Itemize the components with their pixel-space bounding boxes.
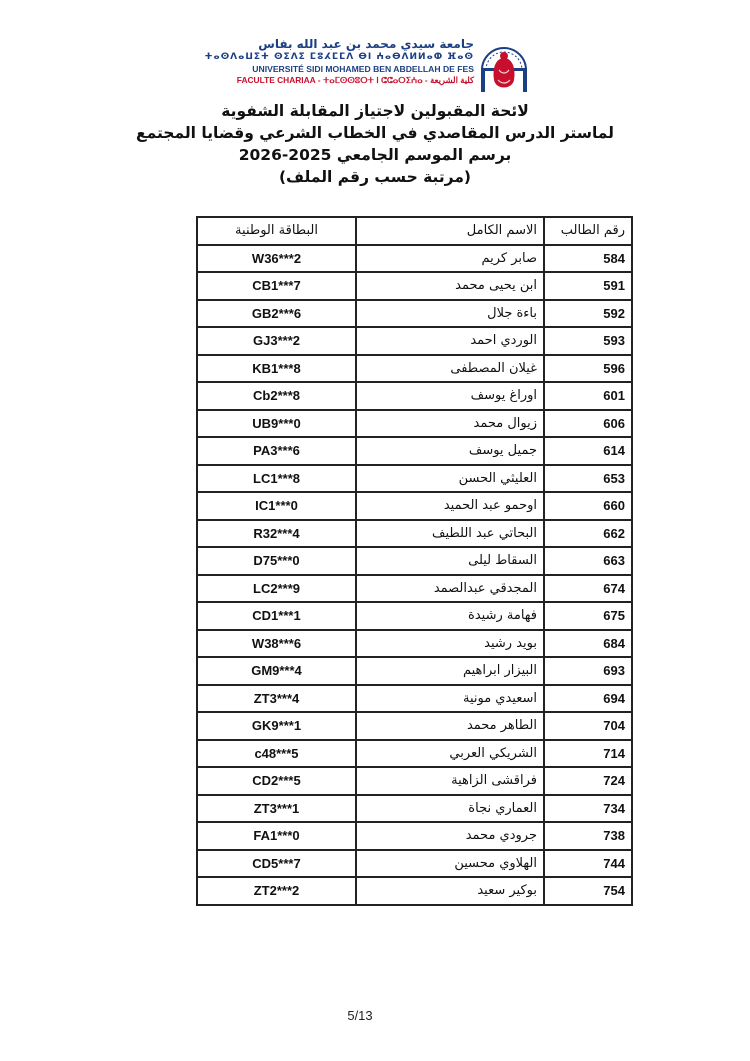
national-id: LC2***9 xyxy=(197,575,356,603)
table-row: 591ابن يحيى محمدCB1***7 xyxy=(197,272,632,300)
table-row: 601اوراغ يوسفCb2***8 xyxy=(197,382,632,410)
table-row: 738جرودي محمدFA1***0 xyxy=(197,822,632,850)
national-id: ZT3***4 xyxy=(197,685,356,713)
title-line-2: لماستر الدرس المقاصدي في الخطاب الشرعي و… xyxy=(0,122,750,144)
university-name-french: UNIVERSITÉ SIDI MOHAMED BEN ABDELLAH DE … xyxy=(205,65,474,74)
table-row: 694اسعيدي مونيةZT3***4 xyxy=(197,685,632,713)
table-row: 593الوردي احمدGJ3***2 xyxy=(197,327,632,355)
national-id: R32***4 xyxy=(197,520,356,548)
national-id: IC1***0 xyxy=(197,492,356,520)
student-name: الطاهر محمد xyxy=(356,712,544,740)
national-id: D75***0 xyxy=(197,547,356,575)
student-number: 693 xyxy=(544,657,632,685)
student-number: 754 xyxy=(544,877,632,905)
student-name: باءة جلال xyxy=(356,300,544,328)
student-name: الوردي احمد xyxy=(356,327,544,355)
student-number: 674 xyxy=(544,575,632,603)
student-number: 592 xyxy=(544,300,632,328)
national-id: GJ3***2 xyxy=(197,327,356,355)
table-row: 596غيلان المصطفىKB1***8 xyxy=(197,355,632,383)
student-number: 660 xyxy=(544,492,632,520)
student-number: 606 xyxy=(544,410,632,438)
student-name: بوكير سعيد xyxy=(356,877,544,905)
national-id: LC1***8 xyxy=(197,465,356,493)
student-name: العماري نجاة xyxy=(356,795,544,823)
national-id: c48***5 xyxy=(197,740,356,768)
table-header-row: رقم الطالب الاسم الكامل البطاقة الوطنية xyxy=(197,217,632,245)
student-name: فراقشى الزاهية xyxy=(356,767,544,795)
table-row: 724فراقشى الزاهيةCD2***5 xyxy=(197,767,632,795)
national-id: CB1***7 xyxy=(197,272,356,300)
faculty-name: FACULTE CHARIAA - ⵜⴰⵎⵙⵙⵓⵔⵜ ⵏ ⵛⵛⴰⵔⵉⵄⴰ - ك… xyxy=(205,76,474,84)
logo-text: جامعة سيدي محمد بن عبد الله بفاس ⵜⴰⵙⴷⴰⵡⵉ… xyxy=(205,38,474,84)
student-name: صابر كريم xyxy=(356,245,544,273)
header-student-number: رقم الطالب xyxy=(544,217,632,245)
title-line-4: (مرتبة حسب رقم الملف) xyxy=(0,166,750,188)
national-id: Cb2***8 xyxy=(197,382,356,410)
student-name: ابن يحيى محمد xyxy=(356,272,544,300)
table-row: 592باءة جلالGB2***6 xyxy=(197,300,632,328)
student-name: اسعيدي مونية xyxy=(356,685,544,713)
university-name-arabic: جامعة سيدي محمد بن عبد الله بفاس xyxy=(205,38,474,50)
student-number: 662 xyxy=(544,520,632,548)
national-id: W38***6 xyxy=(197,630,356,658)
student-number: 744 xyxy=(544,850,632,878)
national-id: UB9***0 xyxy=(197,410,356,438)
national-id: KB1***8 xyxy=(197,355,356,383)
national-id: CD5***7 xyxy=(197,850,356,878)
student-number: 704 xyxy=(544,712,632,740)
table-row: 714الشريكي العربيc48***5 xyxy=(197,740,632,768)
student-name: زيوال محمد xyxy=(356,410,544,438)
student-name: البحاتي عبد اللطيف xyxy=(356,520,544,548)
national-id: W36***2 xyxy=(197,245,356,273)
table-row: 662البحاتي عبد اللطيفR32***4 xyxy=(197,520,632,548)
student-name: السقاط ليلى xyxy=(356,547,544,575)
national-id: GK9***1 xyxy=(197,712,356,740)
header-national-id: البطاقة الوطنية xyxy=(197,217,356,245)
table-row: 653العليثي الحسنLC1***8 xyxy=(197,465,632,493)
national-id: CD2***5 xyxy=(197,767,356,795)
student-name: العليثي الحسن xyxy=(356,465,544,493)
student-number: 653 xyxy=(544,465,632,493)
student-number: 596 xyxy=(544,355,632,383)
student-name: اوراغ يوسف xyxy=(356,382,544,410)
student-name: جرودي محمد xyxy=(356,822,544,850)
title-line-1: لائحة المقبولين لاجتياز المقابلة الشفوية xyxy=(0,100,750,122)
student-number: 663 xyxy=(544,547,632,575)
table-row: 660اوحمو عبد الحميدIC1***0 xyxy=(197,492,632,520)
student-name: الشريكي العربي xyxy=(356,740,544,768)
student-number: 675 xyxy=(544,602,632,630)
national-id: GM9***4 xyxy=(197,657,356,685)
student-number: 734 xyxy=(544,795,632,823)
table-row: 675فهامة رشيدةCD1***1 xyxy=(197,602,632,630)
header-full-name: الاسم الكامل xyxy=(356,217,544,245)
student-name: غيلان المصطفى xyxy=(356,355,544,383)
national-id: PA3***6 xyxy=(197,437,356,465)
student-number: 694 xyxy=(544,685,632,713)
table-row: 674المجدقي عبدالصمدLC2***9 xyxy=(197,575,632,603)
student-number: 593 xyxy=(544,327,632,355)
table-row: 606زيوال محمدUB9***0 xyxy=(197,410,632,438)
table-row: 584صابر كريمW36***2 xyxy=(197,245,632,273)
student-name: بويد رشيد xyxy=(356,630,544,658)
national-id: ZT3***1 xyxy=(197,795,356,823)
document-title-block: لائحة المقبولين لاجتياز المقابلة الشفوية… xyxy=(0,100,750,188)
national-id: FA1***0 xyxy=(197,822,356,850)
table-row: 704الطاهر محمدGK9***1 xyxy=(197,712,632,740)
student-name: المجدقي عبدالصمد xyxy=(356,575,544,603)
table-row: 663السقاط ليلىD75***0 xyxy=(197,547,632,575)
student-name: اوحمو عبد الحميد xyxy=(356,492,544,520)
student-number: 738 xyxy=(544,822,632,850)
student-number: 601 xyxy=(544,382,632,410)
student-name: جميل يوسف xyxy=(356,437,544,465)
admitted-students-table: رقم الطالب الاسم الكامل البطاقة الوطنية … xyxy=(196,216,633,906)
student-number: 714 xyxy=(544,740,632,768)
student-number: 584 xyxy=(544,245,632,273)
student-name: البيزار ابراهيم xyxy=(356,657,544,685)
national-id: GB2***6 xyxy=(197,300,356,328)
student-number: 591 xyxy=(544,272,632,300)
title-line-3: برسم الموسم الجامعي 2025-2026 xyxy=(0,144,750,166)
table-row: 734العماري نجاةZT3***1 xyxy=(197,795,632,823)
student-name: الهلاوي محسين xyxy=(356,850,544,878)
national-id: CD1***1 xyxy=(197,602,356,630)
table-row: 614جميل يوسفPA3***6 xyxy=(197,437,632,465)
university-name-tifinagh: ⵜⴰⵙⴷⴰⵡⵉⵜ ⵙⵉⴷⵉ ⵎⵓⵃⵎⵎⴷ ⴱⵏ ⵄⴰⴱⴷⵍⵍⴰⵀ ⴼⴰⵙ xyxy=(205,53,474,62)
student-number: 724 xyxy=(544,767,632,795)
student-number: 684 xyxy=(544,630,632,658)
table-row: 744الهلاوي محسينCD5***7 xyxy=(197,850,632,878)
table-row: 754بوكير سعيدZT2***2 xyxy=(197,877,632,905)
university-logo: جامعة سيدي محمد بن عبد الله بفاس ⵜⴰⵙⴷⴰⵡⵉ… xyxy=(296,38,536,96)
national-id: ZT2***2 xyxy=(197,877,356,905)
table-row: 684بويد رشيدW38***6 xyxy=(197,630,632,658)
page-number: 5/13 xyxy=(0,1008,720,1023)
student-number: 614 xyxy=(544,437,632,465)
student-name: فهامة رشيدة xyxy=(356,602,544,630)
table-row: 693البيزار ابراهيمGM9***4 xyxy=(197,657,632,685)
university-emblem-icon xyxy=(478,40,530,94)
